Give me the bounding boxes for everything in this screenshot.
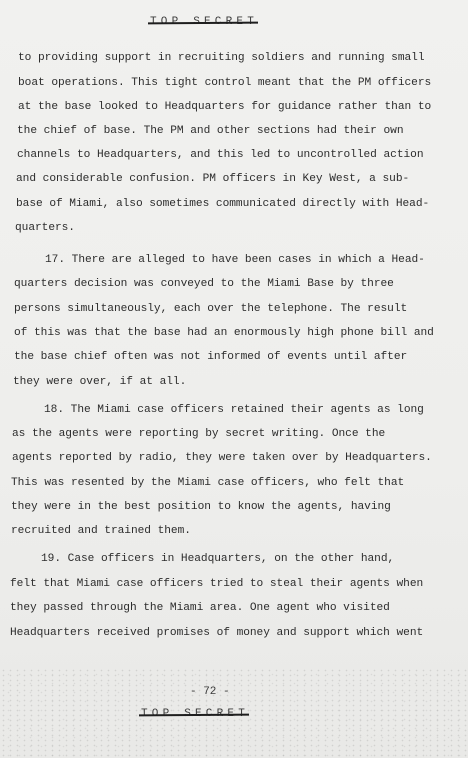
text-line: agents reported by radio, they were take… (12, 451, 432, 465)
text-line: they were in the best position to know t… (11, 500, 391, 514)
header-classification-marking: TOP SECRET (150, 16, 258, 28)
document-page: TOP SECRET to providing support in recru… (0, 0, 468, 758)
text-line: at the base looked to Headquarters for g… (18, 100, 431, 114)
text-line: channels to Headquarters, and this led t… (17, 148, 423, 162)
text-line: and considerable confusion. PM officers … (16, 172, 409, 186)
paragraph-18-start: 18. The Miami case officers retained the… (44, 403, 424, 417)
text-line: quarters. (15, 221, 75, 235)
text-line: recruited and trained them. (11, 524, 191, 538)
text-line: This was resented by the Miami case offi… (11, 476, 404, 490)
text-line: persons simultaneously, each over the te… (14, 302, 407, 316)
text-line: quarters decision was conveyed to the Mi… (14, 277, 394, 291)
text-line: felt that Miami case officers tried to s… (10, 577, 423, 591)
text-line: base of Miami, also sometimes communicat… (16, 197, 429, 211)
text-line: the chief of base. The PM and other sect… (17, 124, 404, 138)
text-line: the base chief often was not informed of… (14, 350, 407, 364)
footer-classification-marking: TOP SECRET (141, 708, 249, 720)
text-line: of this was that the base had an enormou… (14, 326, 434, 340)
text-line: Headquarters received promises of money … (10, 626, 423, 640)
page-number: - 72 - (190, 686, 230, 698)
text-line: they passed through the Miami area. One … (10, 601, 390, 615)
text-line: boat operations. This tight control mean… (18, 76, 431, 90)
paragraph-19-start: 19. Case officers in Headquarters, on th… (41, 552, 394, 566)
text-line: as the agents were reporting by secret w… (12, 427, 385, 441)
paragraph-17-start: 17. There are alleged to have been cases… (45, 253, 425, 267)
text-line: to providing support in recruiting soldi… (18, 51, 424, 65)
text-line: they were over, if at all. (13, 375, 186, 389)
